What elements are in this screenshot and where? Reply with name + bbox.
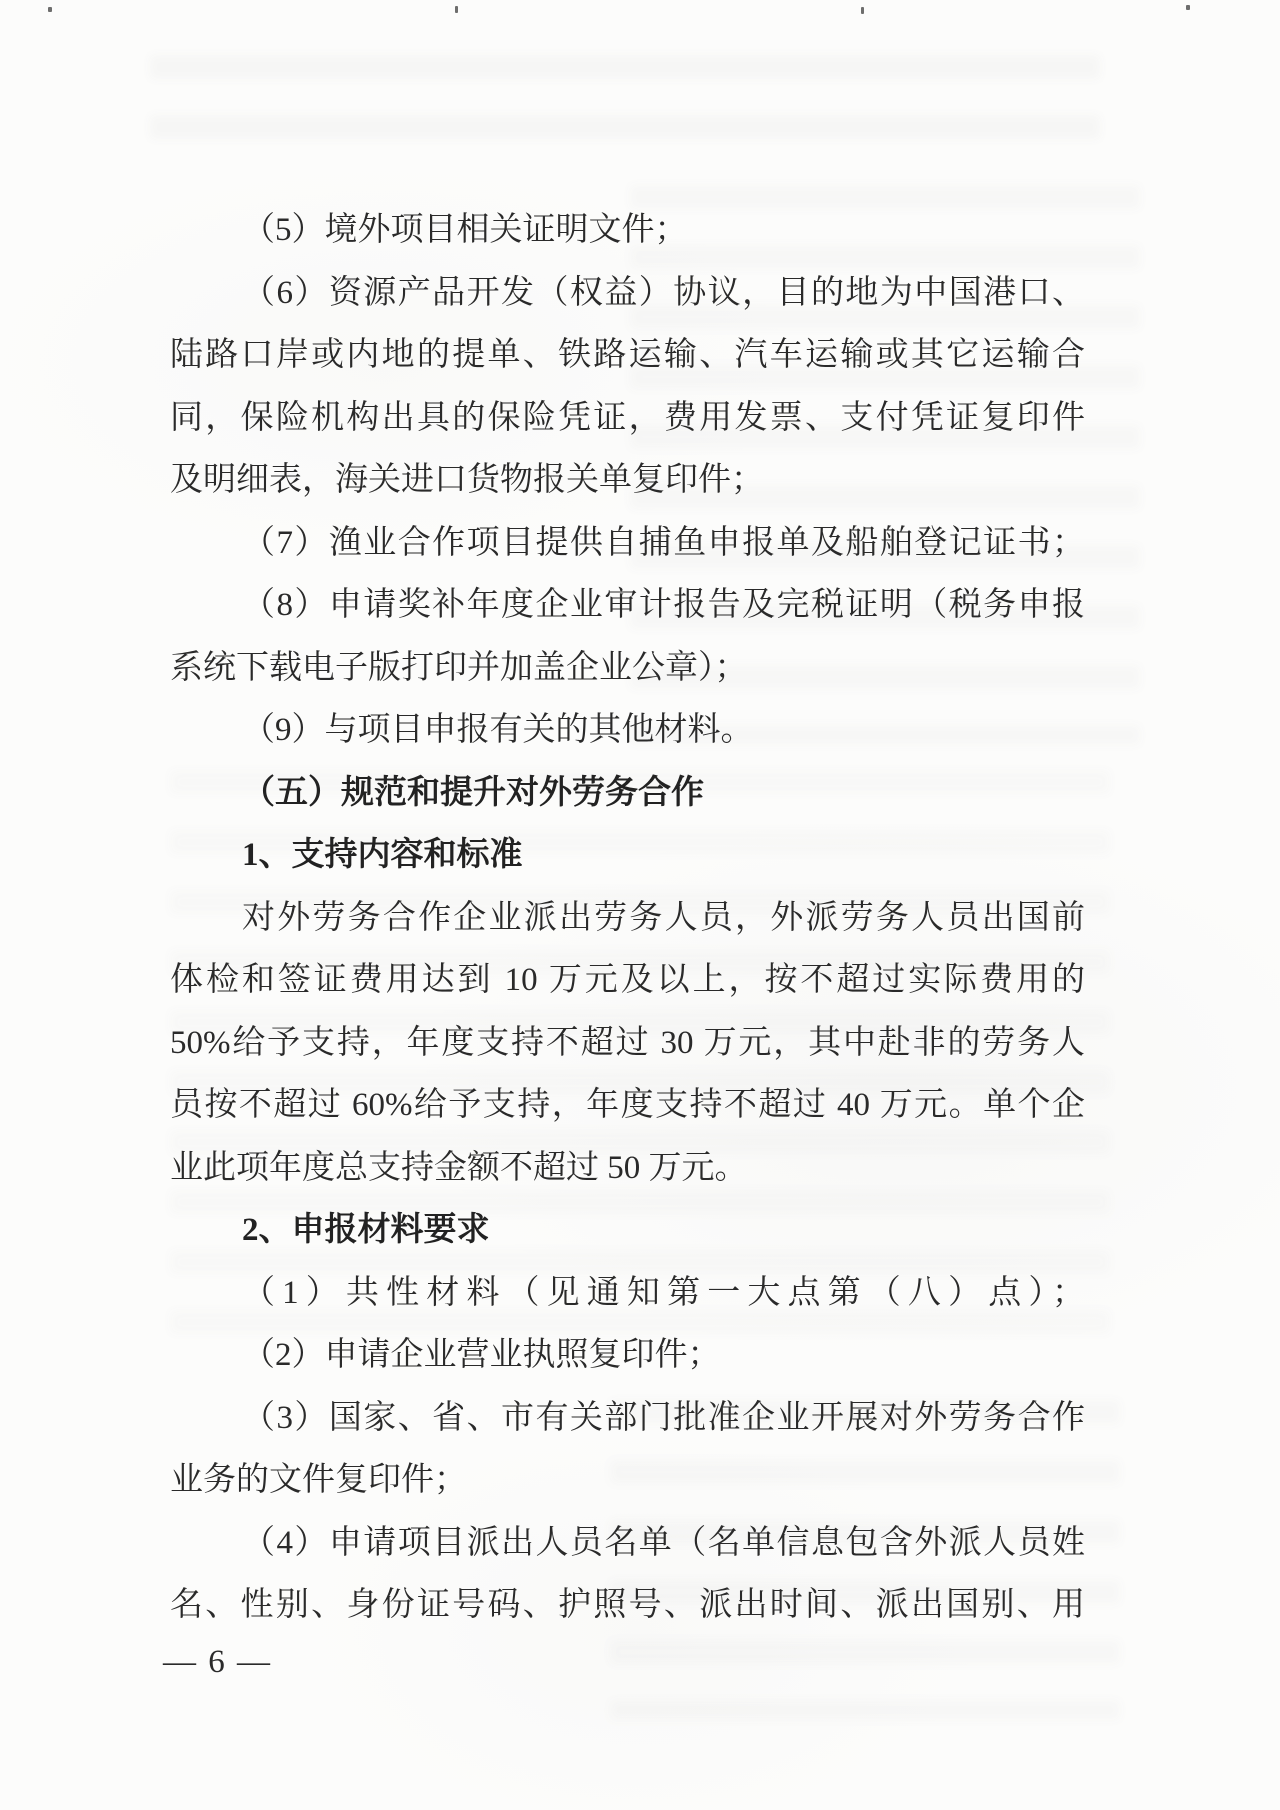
doc-line-item-9: （9）与项目申报有关的其他材料。: [170, 699, 1085, 762]
doc-line-item-2: （2）申请企业营业执照复印件；: [170, 1324, 1085, 1387]
doc-line: 体检和签证费用达到 10 万元及以上，按不超过实际费用的: [170, 949, 1085, 1012]
subsection-heading-1: 1、支持内容和标准: [170, 824, 1085, 887]
doc-line: 业此项年度总支持金额不超过 50 万元。: [170, 1137, 1085, 1200]
doc-line: 及明细表，海关进口货物报关单复印件；: [170, 449, 1085, 512]
doc-line: 陆路口岸或内地的提单、铁路运输、汽车运输或其它运输合: [170, 324, 1085, 387]
bleed-through-ghost: [150, 55, 1100, 150]
doc-line-item-3: （3）国家、省、市有关部门批准企业开展对外劳务合作: [170, 1387, 1085, 1450]
section-heading-5: （五）规范和提升对外劳务合作: [170, 762, 1085, 825]
doc-line-item-4: （4）申请项目派出人员名单（名单信息包含外派人员姓: [170, 1512, 1085, 1575]
scan-speck: [861, 7, 864, 14]
scan-speck: [48, 7, 52, 12]
doc-line-item-1: （1）共性材料（见通知第一大点第（八）点）；: [170, 1262, 1085, 1325]
doc-line: 同，保险机构出具的保险凭证，费用发票、支付凭证复印件: [170, 387, 1085, 450]
doc-line: 业务的文件复印件；: [170, 1449, 1085, 1512]
scan-speck: [1186, 5, 1190, 10]
scan-speck: [455, 6, 458, 13]
page-number: — 6 —: [163, 1642, 272, 1682]
subsection-heading-2: 2、申报材料要求: [170, 1199, 1085, 1262]
document-body: （5）境外项目相关证明文件； （6）资源产品开发（权益）协议，目的地为中国港口、…: [170, 199, 1085, 1637]
doc-line: 名、性别、身份证号码、护照号、派出时间、派出国别、用: [170, 1574, 1085, 1637]
doc-line-item-6: （6）资源产品开发（权益）协议，目的地为中国港口、: [170, 262, 1085, 325]
doc-line-item-5: （5）境外项目相关证明文件；: [170, 199, 1085, 262]
document-page: （5）境外项目相关证明文件； （6）资源产品开发（权益）协议，目的地为中国港口、…: [0, 0, 1280, 1810]
doc-line: 50%给予支持，年度支持不超过 30 万元，其中赴非的劳务人: [170, 1012, 1085, 1075]
doc-line: 系统下载电子版打印并加盖企业公章）；: [170, 637, 1085, 700]
doc-line: 员按不超过 60%给予支持，年度支持不超过 40 万元。单个企: [170, 1074, 1085, 1137]
doc-line-item-7: （7）渔业合作项目提供自捕鱼申报单及船舶登记证书；: [170, 512, 1085, 575]
doc-line-item-8: （8）申请奖补年度企业审计报告及完税证明（税务申报: [170, 574, 1085, 637]
doc-line: 对外劳务合作企业派出劳务人员，外派劳务人员出国前: [170, 887, 1085, 950]
